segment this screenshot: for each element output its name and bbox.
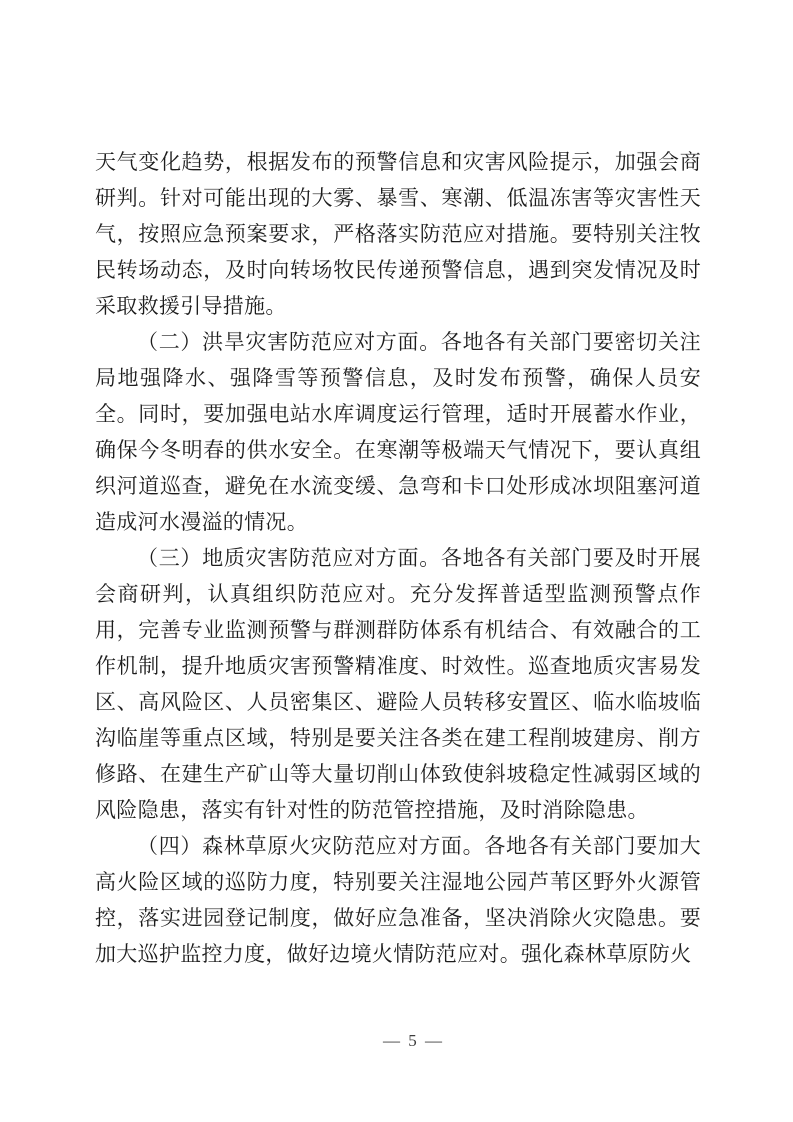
paragraph-forest-grassland-fire-section: （四）森林草原火灾防范应对方面。各地各有关部门要加大高火险区域的巡防力度，特别要… [95, 828, 701, 972]
paragraph-geological-disaster-section: （三）地质灾害防范应对方面。各地各有关部门要及时开展会商研判，认真组织防范应对。… [95, 540, 701, 828]
paragraph-flood-drought-section: （二）洪旱灾害防范应对方面。各地各有关部门要密切关注局地强降水、强降雪等预警信息… [95, 324, 701, 540]
paragraph-weather-continuation: 天气变化趋势，根据发布的预警信息和灾害风险提示，加强会商研判。针对可能出现的大雾… [95, 144, 701, 324]
document-body: 天气变化趋势，根据发布的预警信息和灾害风险提示，加强会商研判。针对可能出现的大雾… [95, 144, 701, 972]
document-page: 天气变化趋势，根据发布的预警信息和灾害风险提示，加强会商研判。针对可能出现的大雾… [0, 0, 793, 1122]
page-number: — 5 — [0, 1030, 793, 1052]
